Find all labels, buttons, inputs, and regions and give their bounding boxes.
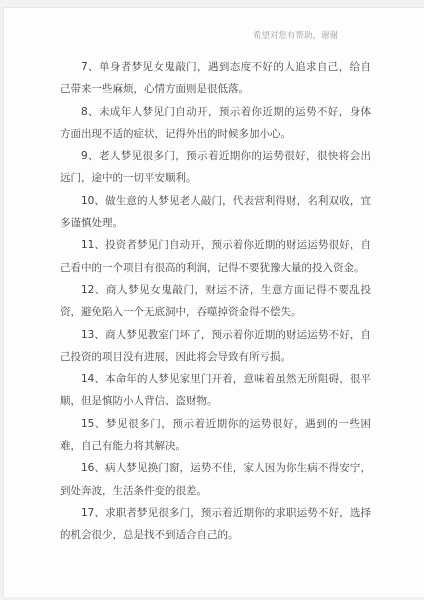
paragraph: 16、病人梦见换门窗，运势不佳，家人因为你生病不得安宁，到处奔波，生活条件变的很… (60, 457, 371, 502)
paragraph: 7、单身者梦见女鬼敲门，遇到态度不好的人追求自己，给自己带来一些麻烦，心情方面则… (60, 56, 371, 101)
helper-note: 希望对您有帮助，谢谢 (253, 31, 338, 42)
paragraph: 12、商人梦见女鬼敲门，财运不济，生意方面记得不要乱投资，避免陷入一个无底洞中，… (60, 279, 371, 324)
document-page: 希望对您有帮助，谢谢 7、单身者梦见女鬼敲门，遇到态度不好的人追求自己，给自己带… (4, 8, 424, 597)
article-body: 7、单身者梦见女鬼敲门，遇到态度不好的人追求自己，给自己带来一些麻烦，心情方面则… (60, 56, 371, 547)
paragraph: 17、求职者梦见很多门，预示着近期你的求职运势不好，选择的机会很少，总是找不到适… (60, 502, 371, 547)
screenshot-canvas: 希望对您有帮助，谢谢 7、单身者梦见女鬼敲门，遇到态度不好的人追求自己，给自己带… (0, 0, 424, 600)
paragraph: 9、老人梦见很多门，预示着近期你的运势很好，很快将会出远门，途中的一切平安顺利。 (60, 145, 371, 190)
paragraph: 10、做生意的人梦见老人敲门，代表营利得财，名利双收，宜多谨慎处理。 (60, 190, 371, 235)
paragraph: 15、梦见很多门，预示着近期你的运势很好，遇到的一些困难，自己有能力将其解决。 (60, 413, 371, 458)
paragraph: 14、本命年的人梦见家里门开着，意味着虽然无所阻碍，很平顺，但是慎防小人背信、盗… (60, 368, 371, 413)
paragraph: 11、投资者梦见门自动开，预示着你近期的财运运势很好，自己看中的一个项目有很高的… (60, 234, 371, 279)
paragraph: 8、未成年人梦见门自动开，预示着你近期的运势不好，身体方面出现不适的症状，记得外… (60, 101, 371, 146)
paragraph: 13、商人梦见教室门坏了，预示着你近期的财运运势不好，自己投资的项目没有进展，因… (60, 324, 371, 369)
